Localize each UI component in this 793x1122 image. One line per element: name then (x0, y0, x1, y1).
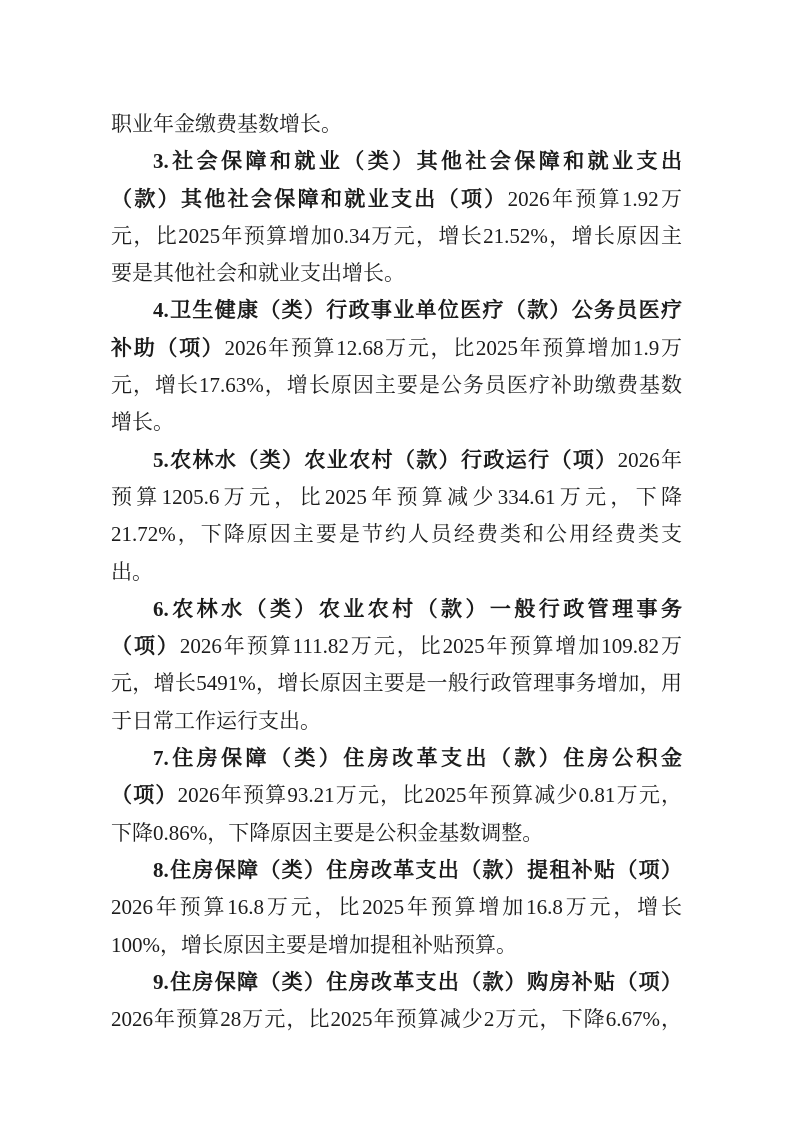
body-text: 100%，增长原因主要是增加提租补贴预算。 (111, 933, 517, 957)
budget-item-heading-text: （项） (111, 634, 180, 658)
body-text: 职业年金缴费基数增长。 (111, 112, 342, 136)
text-line: 5.农林水（类）农业农村（款）行政运行（项）2026年 (111, 442, 682, 479)
text-line: 元，增长17.63%，增长原因主要是公务员医疗补助缴费基数 (111, 367, 682, 404)
body-text: 元，增长5491%，增长原因主要是一般行政管理事务增加，用 (111, 671, 682, 695)
text-line: （项）2026年预算93.21万元，比2025年预算减少0.81万元， (111, 777, 682, 814)
budget-item-heading-text: 补助（项） (111, 336, 224, 360)
text-line: 2026年预算28万元，比2025年预算减少2万元，下降6.67%， (111, 1001, 682, 1038)
budget-item-heading-text: 5.农林水（类）农业农村（款）行政运行（项） (153, 448, 618, 472)
text-line: 预算1205.6万元，比2025年预算减少334.61万元，下降 (111, 479, 682, 516)
document-page: 职业年金缴费基数增长。3.社会保障和就业（类）其他社会保障和就业支出（款）其他社… (0, 0, 793, 1122)
text-line: 补助（项）2026年预算12.68万元，比2025年预算增加1.9万 (111, 330, 682, 367)
text-line: 于日常工作运行支出。 (111, 703, 682, 740)
body-text: 要是其他社会和就业支出增长。 (111, 261, 405, 285)
body-text: 2026年预算28万元，比2025年预算减少2万元，下降6.67%， (111, 1007, 682, 1031)
document-body: 职业年金缴费基数增长。3.社会保障和就业（类）其他社会保障和就业支出（款）其他社… (111, 106, 682, 1038)
budget-item-heading-text: 6.农林水（类）农业农村（款）一般行政管理事务 (153, 597, 682, 621)
body-text: 于日常工作运行支出。 (111, 709, 321, 733)
text-line: 6.农林水（类）农业农村（款）一般行政管理事务 (111, 591, 682, 628)
body-text: 2026年预算111.82万元，比2025年预算增加109.82万 (180, 634, 682, 658)
text-line: 职业年金缴费基数增长。 (111, 106, 682, 143)
body-text: 2026年 (618, 448, 682, 472)
text-line: 元，比2025年预算增加0.34万元，增长21.52%，增长原因主 (111, 218, 682, 255)
text-line: 9.住房保障（类）住房改革支出（款）购房补贴（项） (111, 964, 682, 1001)
body-text: 2026年预算1.92万 (508, 187, 682, 211)
text-line: 21.72%，下降原因主要是节约人员经费类和公用经费类支 (111, 516, 682, 553)
text-line: 元，增长5491%，增长原因主要是一般行政管理事务增加，用 (111, 665, 682, 702)
budget-item-heading-text: 7.住房保障（类）住房改革支出（款）住房公积金 (153, 746, 682, 770)
budget-item-heading-text: 3.社会保障和就业（类）其他社会保障和就业支出 (153, 149, 682, 173)
body-text: 2026年预算93.21万元，比2025年预算减少0.81万元， (178, 783, 682, 807)
text-line: （款）其他社会保障和就业支出（项）2026年预算1.92万 (111, 181, 682, 218)
budget-item-heading-text: 8.住房保障（类）住房改革支出（款）提租补贴（项） (153, 858, 682, 882)
text-line: 4.卫生健康（类）行政事业单位医疗（款）公务员医疗 (111, 292, 682, 329)
budget-item-heading-text: （项） (111, 783, 178, 807)
text-line: 3.社会保障和就业（类）其他社会保障和就业支出 (111, 143, 682, 180)
body-text: 元，比2025年预算增加0.34万元，增长21.52%，增长原因主 (111, 224, 682, 248)
budget-item-heading-text: 4.卫生健康（类）行政事业单位医疗（款）公务员医疗 (153, 298, 682, 322)
body-text: 2026年预算12.68万元，比2025年预算增加1.9万 (224, 336, 682, 360)
text-line: 要是其他社会和就业支出增长。 (111, 255, 682, 292)
text-line: （项）2026年预算111.82万元，比2025年预算增加109.82万 (111, 628, 682, 665)
body-text: 下降0.86%，下降原因主要是公积金基数调整。 (111, 821, 543, 845)
text-line: 7.住房保障（类）住房改革支出（款）住房公积金 (111, 740, 682, 777)
budget-item-heading-text: （款）其他社会保障和就业支出（项） (111, 187, 508, 211)
body-text: 出。 (111, 560, 153, 584)
body-text: 预算1205.6万元，比2025年预算减少334.61万元，下降 (111, 485, 682, 509)
body-text: 元，增长17.63%，增长原因主要是公务员医疗补助缴费基数 (111, 373, 682, 397)
text-line: 8.住房保障（类）住房改革支出（款）提租补贴（项） (111, 852, 682, 889)
body-text: 21.72%，下降原因主要是节约人员经费类和公用经费类支 (111, 522, 682, 546)
text-line: 2026年预算16.8万元，比2025年预算增加16.8万元，增长 (111, 889, 682, 926)
budget-item-heading-text: 9.住房保障（类）住房改革支出（款）购房补贴（项） (153, 970, 682, 994)
body-text: 2026年预算16.8万元，比2025年预算增加16.8万元，增长 (111, 895, 682, 919)
text-line: 100%，增长原因主要是增加提租补贴预算。 (111, 927, 682, 964)
text-line: 下降0.86%，下降原因主要是公积金基数调整。 (111, 815, 682, 852)
text-line: 增长。 (111, 404, 682, 441)
text-line: 出。 (111, 554, 682, 591)
body-text: 增长。 (111, 410, 174, 434)
